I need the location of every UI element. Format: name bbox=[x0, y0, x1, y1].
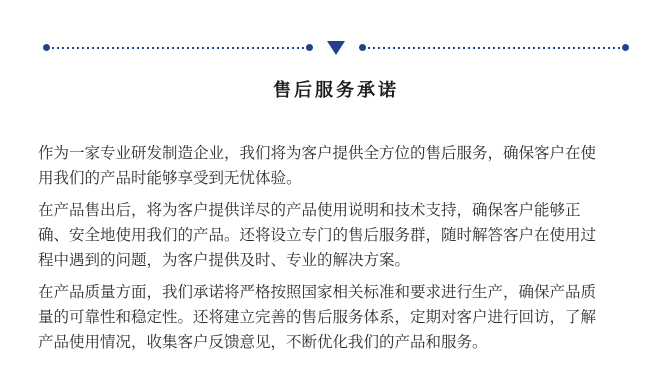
paragraph-3: 在产品质量方面，我们承诺将严格按照国家相关标准和要求进行生产，确保产品质量的可靠… bbox=[38, 280, 600, 355]
section-title: 售后服务承诺 bbox=[0, 81, 672, 99]
divider-dotted-line-right bbox=[368, 47, 620, 49]
section-divider bbox=[0, 40, 672, 55]
after-sales-section: 售后服务承诺 作为一家专业研发制造企业，我们将为客户提供全方位的售后服务，确保客… bbox=[0, 0, 672, 379]
divider-dot-right-end bbox=[622, 44, 629, 51]
divider-dot-right-start bbox=[359, 44, 366, 51]
paragraph-1: 作为一家专业研发制造企业，我们将为客户提供全方位的售后服务，确保客户在使用我们的… bbox=[38, 141, 600, 191]
section-body: 作为一家专业研发制造企业，我们将为客户提供全方位的售后服务，确保客户在使用我们的… bbox=[38, 141, 600, 355]
divider-dot-left-start bbox=[43, 44, 50, 51]
paragraph-2: 在产品售出后，将为客户提供详尽的产品使用说明和技术支持，确保客户能够正确、安全地… bbox=[38, 198, 600, 273]
triangle-down-icon bbox=[327, 41, 345, 55]
divider-dot-left-end bbox=[306, 44, 313, 51]
divider-dotted-line-left bbox=[52, 47, 304, 49]
